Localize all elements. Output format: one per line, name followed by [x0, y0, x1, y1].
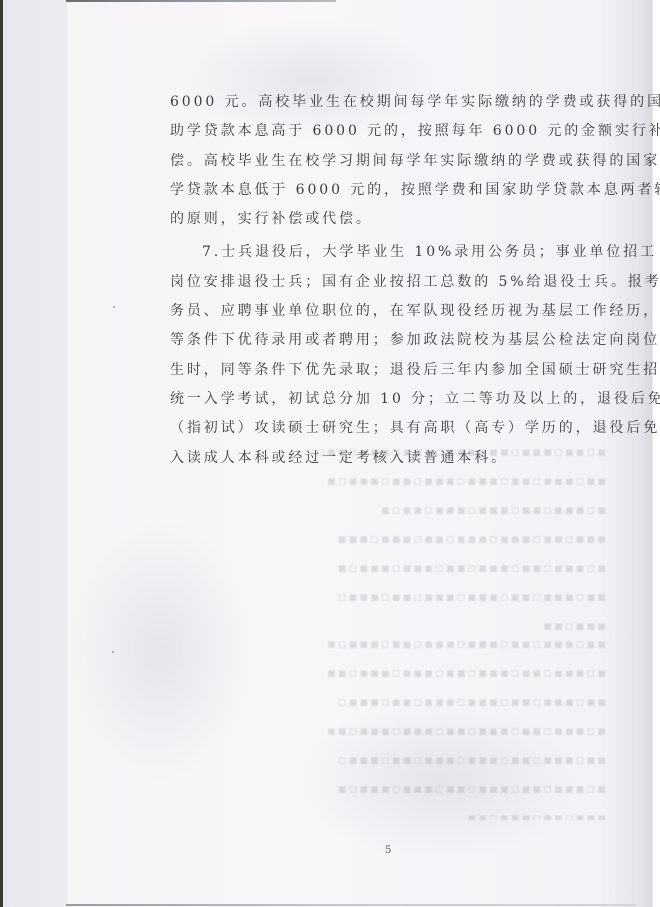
text-line: 6000 元。高校毕业生在校期间每学年实际缴纳的学费或获得的国家	[170, 88, 610, 117]
paragraph-continuation: 6000 元。高校毕业生在校期间每学年实际缴纳的学费或获得的国家 助学贷款本息高…	[170, 88, 610, 234]
page-number: 5	[385, 845, 391, 856]
show-through-noise: ▪▪▫▪▪▪▫▪▪▫▪▪▪▫▪▪▪▫▪▪▫▪▪▪▫▪▪▫▪▪▪▫▪▪▫▪▪▪▫▪…	[176, 630, 606, 820]
text-line: 7.士兵退役后，大学毕业生 10%录用公务员；事业单位招工 10%	[170, 238, 610, 267]
text-line: 务员、应聘事业单位职位的，在军队现役经历视为基层工作经历，同	[170, 297, 610, 326]
paragraph-item-7: 7.士兵退役后，大学毕业生 10%录用公务员；事业单位招工 10% 岗位安排退役…	[170, 238, 610, 472]
dust-speck	[112, 651, 114, 653]
dust-speck	[113, 306, 115, 308]
text-line: 助学贷款本息高于 6000 元的，按照每年 6000 元的金额实行补偿或代	[170, 117, 610, 146]
document-body: 6000 元。高校毕业生在校期间每学年实际缴纳的学费或获得的国家 助学贷款本息高…	[170, 88, 610, 473]
text-line: 岗位安排退役士兵；国有企业按招工总数的 5%给退役士兵。报考公	[170, 268, 610, 297]
text-line: （指初试）攻读硕士研究生；具有高职（高专）学历的，退役后免试	[170, 414, 610, 443]
text-line: 偿。高校毕业生在校学习期间每学年实际缴纳的学费或获得的国家助	[170, 147, 610, 176]
text-line: 生时，同等条件下优先录取；退役后三年内参加全国硕士研究生招生	[170, 356, 610, 385]
scan-top-edge	[66, 0, 336, 2]
text-line: 等条件下优待录用或者聘用；参加政法院校为基层公检法定向岗位招	[170, 326, 610, 355]
text-line: 学贷款本息低于 6000 元的，按照学费和国家助学贷款本息两者较高	[170, 176, 610, 205]
text-line: 的原则，实行补偿或代偿。	[170, 205, 610, 234]
scanned-page: ▪▫▪▪▫▪▪▪▫▪▪▫▪▪▪▫▪▪▪▫▪▪▪▫▪▪▫▪▪▫▪▪▪▫▪▪▫▪▪▪…	[0, 0, 660, 907]
text-line: 入读成人本科或经过一定考核入读普通本科。	[170, 444, 610, 473]
text-line: 统一入学考试，初试总分加 10 分；立二等功及以上的，退役后免试	[170, 385, 610, 414]
scan-bottom-edge	[66, 904, 636, 906]
